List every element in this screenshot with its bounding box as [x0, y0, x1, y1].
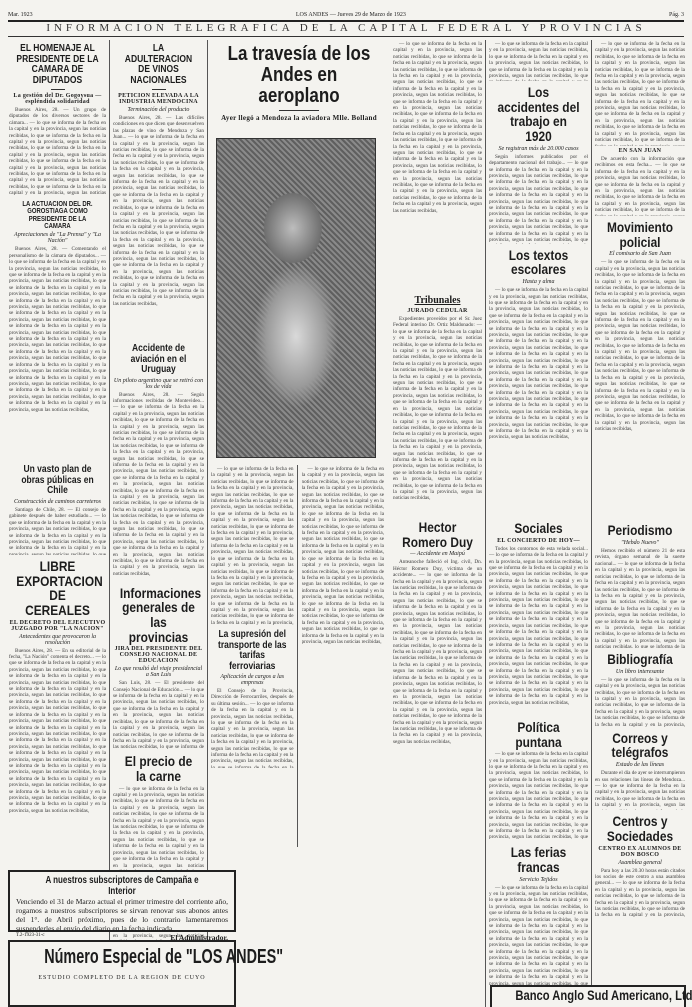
subhead2-exportacion: Antecedentes que provocaron la resolució…	[9, 634, 106, 646]
column-7: — lo que se informa de la fecha en la ca…	[592, 40, 688, 1007]
article-body-exportacion: Buenos Aires, 28. — En su editorial de l…	[9, 648, 106, 848]
headline-accidentes: Los accidentes del trabajo en 1920	[496, 85, 580, 144]
article-body-bibliografia: — lo que se informa de la fecha en la ca…	[595, 677, 685, 727]
masthead-folio: Mar. 1923 LOS ANDES — Jueves 29 de Marzo…	[8, 10, 684, 22]
subhead2-vinos: Terminación del producto	[113, 107, 204, 113]
lead-story-columns: — lo que se informa de la fecha en la ca…	[211, 465, 387, 847]
headline-duy: Hector Romero Duy	[400, 520, 476, 549]
newspaper-page: Mar. 1923 LOS ANDES — Jueves 29 de Marzo…	[0, 0, 692, 1007]
article-body-homenaje: Buenos Aires, 28. — Un grupo de diputado…	[9, 107, 106, 197]
article-body-movimiento: — lo que se informa de la fecha en la ca…	[595, 259, 685, 519]
subhead-andes: Ayer llegó a Mendoza la aviadora Mlle. B…	[211, 114, 387, 122]
folio-title: LOS ANDES — Jueves 29 de Marzo de 1923	[296, 12, 406, 18]
subhead-textos: Hasta y alma	[489, 279, 588, 285]
column-6: — lo que se informa de la fecha en la ca…	[486, 40, 592, 1007]
subhead-correos: Estado de las líneas	[595, 762, 685, 768]
article-body-accidentes: Según informes publicados por el departa…	[489, 154, 588, 244]
subhead-provincias: JIRA DEL PRESIDENTE DEL CONSEJO NACIONAL…	[113, 646, 204, 664]
article-body-duy: Anteanoche falleció el Ing. civil, Dn. H…	[393, 559, 482, 759]
section-banner: INFORMACION TELEGRAFICA DE LA CAPITAL FE…	[8, 22, 684, 37]
subhead-vinos: PETICION ELEVADA A LA INDUSTRIA MENDOCIN…	[113, 93, 204, 105]
article-body-andes-cont: — lo que se informa de la fecha en la ca…	[302, 466, 385, 846]
subhead-homenaje: La gestión del Dr. Gogoysua — espléndida…	[9, 93, 106, 105]
article-body-andes-end: — lo que se informa de la fecha en la ca…	[393, 41, 482, 291]
headline-carne: El precio de la carne	[120, 754, 197, 783]
article-body-provincias: San Luis, 28. — El presidente del Consej…	[113, 680, 204, 750]
aviator-photo	[216, 138, 376, 458]
headline-centros: Centros y Sociedades	[602, 814, 679, 843]
subhead-movimiento: El comisario de San Juan	[595, 251, 685, 257]
article-body-andes: — lo que se informa de la fecha en la ca…	[211, 466, 294, 626]
article-body-centros: Para hoy a las 20.30 horas están citados…	[595, 868, 685, 918]
article-body-prev-7: — lo que se informa de la fecha en la ca…	[595, 41, 685, 146]
divider	[279, 110, 319, 111]
article-body-sociales: Todos los contornos de esta velada socia…	[489, 546, 588, 716]
bank-ad: Banco Anglo Sud Americano, Ltdo.	[490, 985, 686, 1007]
article-body-vinos: Buenos Aires, 28. — Las difíciles condic…	[113, 115, 204, 340]
headline-movimiento: Movimiento policial	[602, 220, 679, 249]
headline-actuacion: LA ACTUACION DEL DR. GOROSTIAGA COMO PRE…	[16, 201, 98, 230]
headline-sociales: Sociales	[496, 521, 580, 536]
article-body-uruguay: Buenos Aires, 28. — Según informaciones …	[113, 392, 204, 582]
headline-correos: Correos y telégrafos	[602, 731, 679, 760]
special-edition-ad: Número Especial de "LOS ANDES" ESTUDIO C…	[8, 940, 236, 1007]
column-1: EL HOMENAJE AL PRESIDENTE DE LA CAMARA D…	[6, 40, 110, 1007]
article-body-san-juan: De acuerdo con la información que recibi…	[595, 156, 685, 216]
headline-bibliografia: Bibliografía	[602, 652, 679, 667]
headline-periodismo: Periodismo	[602, 523, 679, 538]
subhead-centros: CENTRO EX ALUMNOS DE DON BOSCO	[595, 846, 685, 858]
column-2: LA ADULTERACION DE VINOS NACIONALES PETI…	[110, 40, 208, 1007]
subscribers-notice-text: Venciendo el 31 de Marzo actual el prime…	[16, 897, 228, 933]
article-body-prev: — lo que se informa de la fecha en la ca…	[489, 41, 588, 81]
headline-politica: Política puntana	[496, 720, 580, 749]
subscribers-notice-title: A nuestros subscriptores de Campaña e In…	[37, 875, 207, 897]
article-body-periodismo: Hemos recibido el número 21 de esta revi…	[595, 548, 685, 648]
folio-date: Mar. 1923	[8, 12, 33, 18]
article-body-jurado: Expedientes proveídos por el Sr. Juez Fe…	[393, 316, 482, 516]
subhead-accidentes: Se registran más de 20.000 casos	[489, 146, 588, 152]
subhead-ferias: Servicio Tejidos	[489, 877, 588, 883]
subhead-chile: Construcción de caminos carreteros	[9, 499, 106, 505]
subhead-exportacion: EL DECRETO DEL EJECUTIVO JUZGADO POR "LA…	[9, 620, 106, 632]
subhead-periodismo: "Hebdo Nuevo"	[595, 540, 685, 546]
subhead-sociales: EL CONCIERTO DE HOY—	[489, 538, 588, 544]
column-5: — lo que se informa de la fecha en la ca…	[390, 40, 486, 1007]
headline-textos: Los textos escolares	[496, 248, 580, 277]
headline-exportacion: LIBRE EXPORTACION DE CEREALES	[16, 559, 98, 618]
headline-san-juan: EN SAN JUAN	[595, 148, 685, 154]
folio-page: Pág. 3	[669, 12, 684, 18]
headline-ferias: Las ferias francas	[496, 845, 580, 874]
headline-jurado: JURADO CEDULAR	[393, 308, 482, 314]
subhead-uruguay: Un piloto argentino que se retiró con lo…	[113, 378, 204, 390]
headline-vinos: LA ADULTERACION DE VINOS NACIONALES	[120, 44, 197, 86]
article-body-correos: Durante el día de ayer se interrumpieron…	[595, 770, 685, 810]
article-body-politica: — lo que se informa de la fecha en la ca…	[489, 751, 588, 841]
divider	[51, 89, 65, 90]
headline-provincias: Informaciones generales de las provincia…	[120, 586, 197, 645]
divider	[152, 89, 166, 90]
subhead-bibliografia: Un libro interesante	[595, 669, 685, 675]
subscribers-notice: A nuestros subscriptores de Campaña e In…	[8, 870, 236, 932]
subhead-ferrocarriles: Aplicación de cargos a las empresas	[211, 674, 294, 686]
article-body-ferias: — lo que se informa de la fecha en la ca…	[489, 885, 588, 985]
headline-uruguay: Accidente de aviación en el Uruguay	[120, 344, 197, 376]
special-edition-title: Número Especial de "LOS ANDES"	[44, 946, 200, 969]
subhead2-centros: Asamblea general	[595, 860, 685, 866]
subhead2-provincias: Lo que resultó del viaje presidencial a …	[113, 666, 204, 678]
headline-homenaje: EL HOMENAJE AL PRESIDENTE DE LA CAMARA D…	[16, 44, 98, 86]
article-body-actuacion: Buenos Aires, 28. — Comentando el person…	[9, 246, 106, 461]
bank-ad-title: Banco Anglo Sud Americano, Ltdo.	[515, 987, 692, 1003]
lead-story-col-left: — lo que se informa de la fecha en la ca…	[211, 465, 298, 847]
special-edition-subtitle: ESTUDIO COMPLETO DE LA REGION DE CUYO	[14, 975, 230, 981]
lead-story-col-right: — lo que se informa de la fecha en la ca…	[302, 465, 388, 847]
headline-andes: La travesía de los Andes en aeroplano	[224, 44, 374, 107]
article-body-ferrocarriles: El Consejo de la Provincia, Dirección de…	[211, 688, 294, 768]
headline-chile: Un vasto plan de obras públicas en Chile	[16, 465, 98, 497]
article-body-textos: — lo que se informa de la fecha en la ca…	[489, 287, 588, 517]
headline-ferrocarriles: La supresión del transporte de las tarif…	[217, 630, 287, 672]
article-body-chile: Santiago de Chile, 28. — El consejo de g…	[9, 507, 106, 555]
subhead-actuacion: Apreciaciones de "La Prensa" y "La Nació…	[9, 232, 106, 244]
tribunales-emblem: Tribunales	[393, 295, 482, 306]
subhead-duy: — Accidente en Maipú	[393, 551, 482, 557]
